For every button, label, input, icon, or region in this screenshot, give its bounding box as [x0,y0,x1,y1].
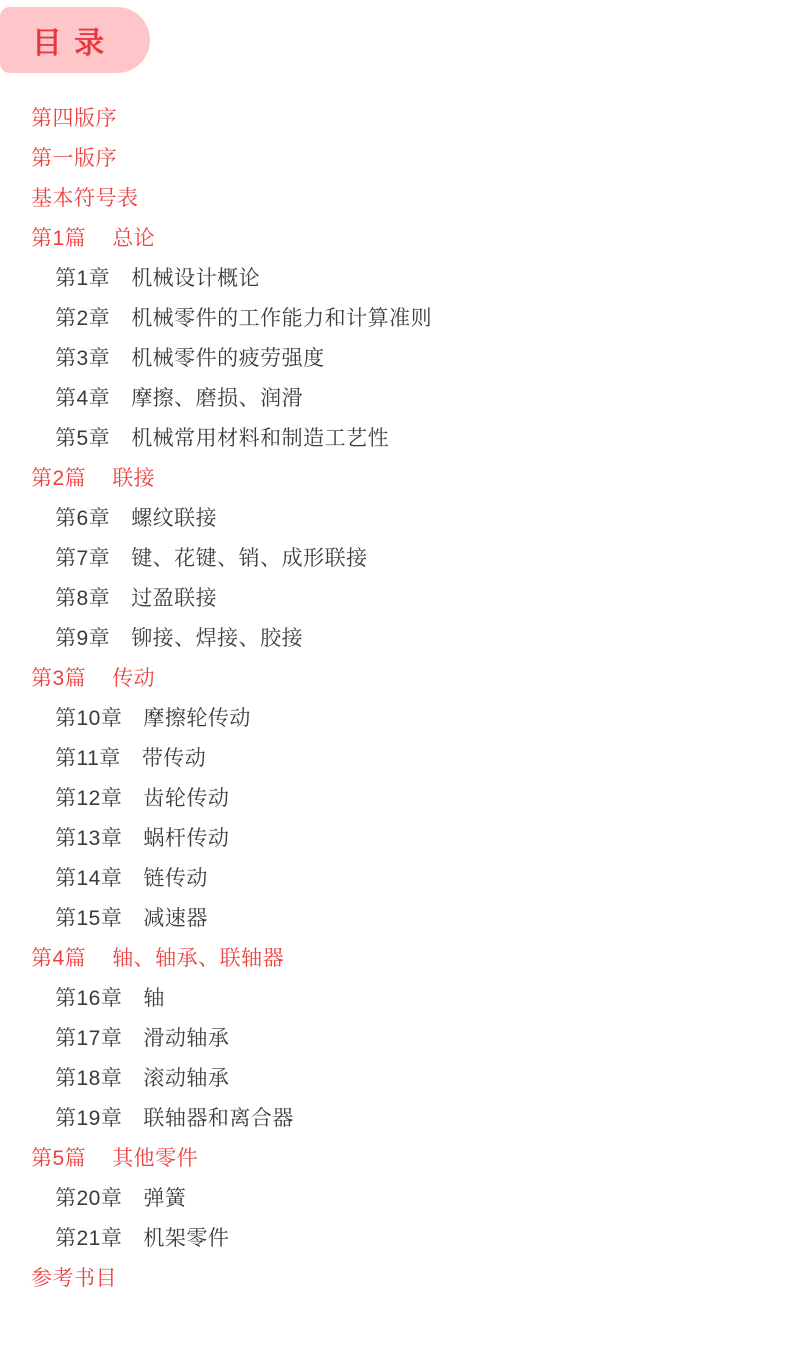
toc-entry-number: 第1章 [55,267,110,290]
toc-chapter-row: 第13章蜗杆传动 [0,819,790,859]
toc-entry-row: 参考书目 [0,1259,790,1299]
toc-section-row: 第4篇轴、轴承、联轴器 [0,939,790,979]
toc-entry-title: 摩擦轮传动 [143,707,251,730]
toc-entry-title: 齿轮传动 [143,787,229,810]
toc-entry-title: 带传动 [142,747,207,770]
toc-entry-title: 参考书目 [31,1267,117,1290]
toc-entry-title: 机械零件的疲劳强度 [131,347,325,370]
toc-section-row: 第5篇其他零件 [0,1139,790,1179]
toc-entry-title: 联接 [112,467,155,490]
toc-entry-title: 第一版序 [31,147,117,170]
toc-entry-title: 滑动轴承 [143,1027,229,1050]
toc-entry-number: 第9章 [55,627,110,650]
toc-chapter-row: 第18章滚动轴承 [0,1059,790,1099]
toc-entry-title: 轴、轴承、联轴器 [112,947,284,970]
toc-entry-title: 过盈联接 [131,587,217,610]
toc-entry-number: 第3篇 [31,667,86,690]
toc-entry-number: 第5篇 [31,1147,86,1170]
toc-entry-number: 第2篇 [31,467,86,490]
toc-entry-title: 蜗杆传动 [143,827,229,850]
toc-entry-title: 第四版序 [31,107,117,130]
toc-entry-number: 第17章 [55,1027,122,1050]
toc-entry-number: 第13章 [55,827,122,850]
toc-chapter-row: 第19章联轴器和离合器 [0,1099,790,1139]
toc-entry-number: 第2章 [55,307,110,330]
toc-chapter-row: 第4章摩擦、磨损、润滑 [0,379,790,419]
toc-chapter-row: 第1章机械设计概论 [0,259,790,299]
toc-entry-title: 总论 [112,227,155,250]
toc-entry-title: 摩擦、磨损、润滑 [131,387,303,410]
toc-entry-title: 键、花键、销、成形联接 [131,547,368,570]
toc-entry-number: 第6章 [55,507,110,530]
toc-section-row: 第1篇总论 [0,219,790,259]
toc-section-row: 第2篇联接 [0,459,790,499]
toc-entry-title: 基本符号表 [31,187,139,210]
toc-entry-number: 第5章 [55,427,110,450]
toc-entry-number: 第16章 [55,987,122,1010]
toc-entry-title: 弹簧 [143,1187,186,1210]
toc-entry-title: 传动 [112,667,155,690]
toc-entry-number: 第19章 [55,1107,122,1130]
toc-entry-title: 机械设计概论 [131,267,260,290]
toc-entry-number: 第15章 [55,907,122,930]
toc-entry-number: 第20章 [55,1187,122,1210]
toc-entry-number: 第8章 [55,587,110,610]
toc-entry-row: 第一版序 [0,139,790,179]
toc-entry-number: 第18章 [55,1067,122,1090]
toc-list: 第四版序第一版序基本符号表第1篇总论第1章机械设计概论第2章机械零件的工作能力和… [0,99,790,1299]
toc-chapter-row: 第6章螺纹联接 [0,499,790,539]
toc-chapter-row: 第7章键、花键、销、成形联接 [0,539,790,579]
toc-entry-number: 第3章 [55,347,110,370]
toc-entry-title: 螺纹联接 [131,507,217,530]
toc-chapter-row: 第11章带传动 [0,739,790,779]
toc-entry-number: 第4篇 [31,947,86,970]
toc-entry-row: 第四版序 [0,99,790,139]
toc-entry-number: 第12章 [55,787,122,810]
toc-entry-title: 铆接、焊接、胶接 [131,627,303,650]
toc-entry-number: 第1篇 [31,227,86,250]
toc-entry-title: 链传动 [143,867,208,890]
toc-entry-number: 第11章 [55,747,121,770]
toc-header-badge: 目 录 [0,7,150,73]
toc-entry-title: 联轴器和离合器 [143,1107,294,1130]
toc-entry-number: 第7章 [55,547,110,570]
toc-chapter-row: 第8章过盈联接 [0,579,790,619]
toc-entry-title: 滚动轴承 [143,1067,229,1090]
toc-entry-number: 第21章 [55,1227,122,1250]
toc-entry-title: 减速器 [143,907,208,930]
toc-chapter-row: 第5章机械常用材料和制造工艺性 [0,419,790,459]
toc-chapter-row: 第12章齿轮传动 [0,779,790,819]
toc-chapter-row: 第21章机架零件 [0,1219,790,1259]
toc-entry-title: 其他零件 [112,1147,198,1170]
toc-entry-title: 机械零件的工作能力和计算准则 [131,307,432,330]
toc-entry-row: 基本符号表 [0,179,790,219]
toc-entry-number: 第14章 [55,867,122,890]
toc-chapter-row: 第15章减速器 [0,899,790,939]
toc-header-title: 目 录 [32,18,106,62]
toc-chapter-row: 第16章轴 [0,979,790,1019]
toc-entry-title: 机械常用材料和制造工艺性 [131,427,389,450]
toc-entry-title: 轴 [143,987,165,1010]
toc-chapter-row: 第17章滑动轴承 [0,1019,790,1059]
toc-chapter-row: 第9章铆接、焊接、胶接 [0,619,790,659]
toc-chapter-row: 第3章机械零件的疲劳强度 [0,339,790,379]
toc-page: 目 录 第四版序第一版序基本符号表第1篇总论第1章机械设计概论第2章机械零件的工… [0,0,790,1350]
toc-chapter-row: 第10章摩擦轮传动 [0,699,790,739]
toc-chapter-row: 第14章链传动 [0,859,790,899]
toc-section-row: 第3篇传动 [0,659,790,699]
toc-chapter-row: 第20章弹簧 [0,1179,790,1219]
toc-chapter-row: 第2章机械零件的工作能力和计算准则 [0,299,790,339]
toc-entry-number: 第4章 [55,387,110,410]
toc-entry-number: 第10章 [55,707,122,730]
toc-entry-title: 机架零件 [143,1227,229,1250]
